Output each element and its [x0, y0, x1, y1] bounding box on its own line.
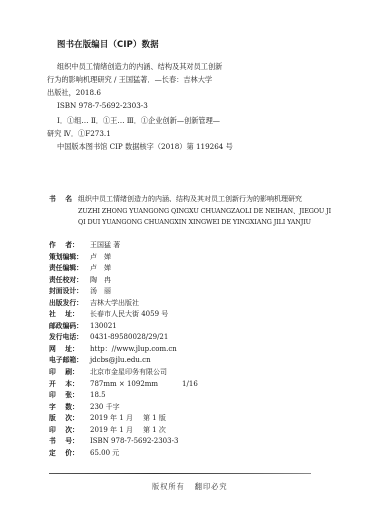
cip-record: 组织中员工情绪创造力的内涵、结构及其对员工创新 行为的影响机理研究 / 王国猛著… — [47, 60, 257, 112]
field-isbn: 书 号：ISBN 978-7-5692-2303-3 — [49, 436, 198, 448]
cip-class-line: Ⅰ．①组… Ⅱ．①王… Ⅲ．①企业创新—创新管理— — [47, 114, 257, 127]
book-title-cn: 组织中员工情绪创造力的内涵、结构及其对员工创新行为的影响机理研究 — [78, 194, 358, 206]
book-title-pinyin: QI DUI YUANGONG CHUANGXIN XINGWEI DE YIN… — [78, 217, 358, 229]
field-email: 电子邮箱：jdcbs@jlu.edu.cn — [49, 355, 198, 367]
field-publisher: 出版发行：吉林大学出版社 — [49, 298, 198, 310]
field-word-count: 字 数：230 千字 — [49, 402, 198, 414]
field-printer: 印 刷：北京市金星印务有限公司 — [49, 367, 198, 379]
cip-record-line: 组织中员工情绪创造力的内涵、结构及其对员工创新 — [47, 60, 257, 73]
field-responsible-editor: 责任编辑：卢 婵 — [49, 263, 198, 275]
cip-classification: Ⅰ．①组… Ⅱ．①王… Ⅲ．①企业创新—创新管理— 研究 Ⅳ．①F273.1 中… — [47, 114, 257, 153]
field-author: 作 者：王国猛 著 — [49, 240, 198, 252]
cip-heading: 图书在版编目（CIP）数据 — [57, 38, 159, 50]
book-title-pinyin: ZUZHI ZHONG YUANGONG QINGXU CHUANGZAOLI … — [78, 206, 358, 218]
cip-class-line: 研究 Ⅳ．①F273.1 — [47, 127, 257, 140]
copyright-notice: 版权所有翻印必究 — [152, 482, 228, 492]
cip-record-line: 行为的影响机理研究 / 王国猛著．—长春：吉林大学 — [47, 73, 257, 86]
field-postal-code: 邮政编码：130021 — [49, 321, 198, 333]
title-label: 书 名 — [49, 194, 78, 206]
cip-record-line: 出版社，2018.6 — [47, 86, 257, 99]
piracy-warning: 翻印必究 — [195, 482, 228, 491]
book-title-row: 书 名 组织中员工情绪创造力的内涵、结构及其对员工创新行为的影响机理研究 ZUZ… — [49, 194, 358, 229]
field-edition: 版 次：2019 年 1 月第 1 版 — [49, 413, 198, 425]
field-proofreader: 责任校对：陶 冉 — [49, 275, 198, 287]
copyright-text: 版权所有 — [152, 482, 185, 491]
field-price: 定 价：65.00 元 — [49, 448, 198, 460]
field-phone: 发行电话：0431-89580028/29/21 — [49, 332, 198, 344]
publication-fields: 作 者：王国猛 著 策划编辑：卢 婵 责任编辑：卢 婵 责任校对：陶 冉 封面设… — [49, 240, 198, 459]
field-format: 开 本：787mm × 1092mm1/16 — [49, 379, 198, 391]
field-address: 社 址：长春市人民大街 4059 号 — [49, 309, 198, 321]
field-planning-editor: 策划编辑：卢 婵 — [49, 252, 198, 264]
copyright-page: 图书在版编目（CIP）数据 组织中员工情绪创造力的内涵、结构及其对员工创新 行为… — [0, 0, 375, 532]
book-title: 组织中员工情绪创造力的内涵、结构及其对员工创新行为的影响机理研究 ZUZHI Z… — [78, 194, 358, 229]
field-website: 网 址：http：//www.jlup.com.cn — [49, 344, 198, 356]
cip-isbn: ISBN 978-7-5692-2303-3 — [47, 99, 257, 112]
field-cover-design: 封面设计：汤 丽 — [49, 286, 198, 298]
field-printing: 印 次：2019 年 1 月第 1 次 — [49, 425, 198, 437]
cip-number: 中国版本图书馆 CIP 数据核字（2018）第 119264 号 — [47, 140, 257, 153]
divider-line — [49, 473, 311, 474]
field-printed-sheets: 印 张：18.5 — [49, 390, 198, 402]
